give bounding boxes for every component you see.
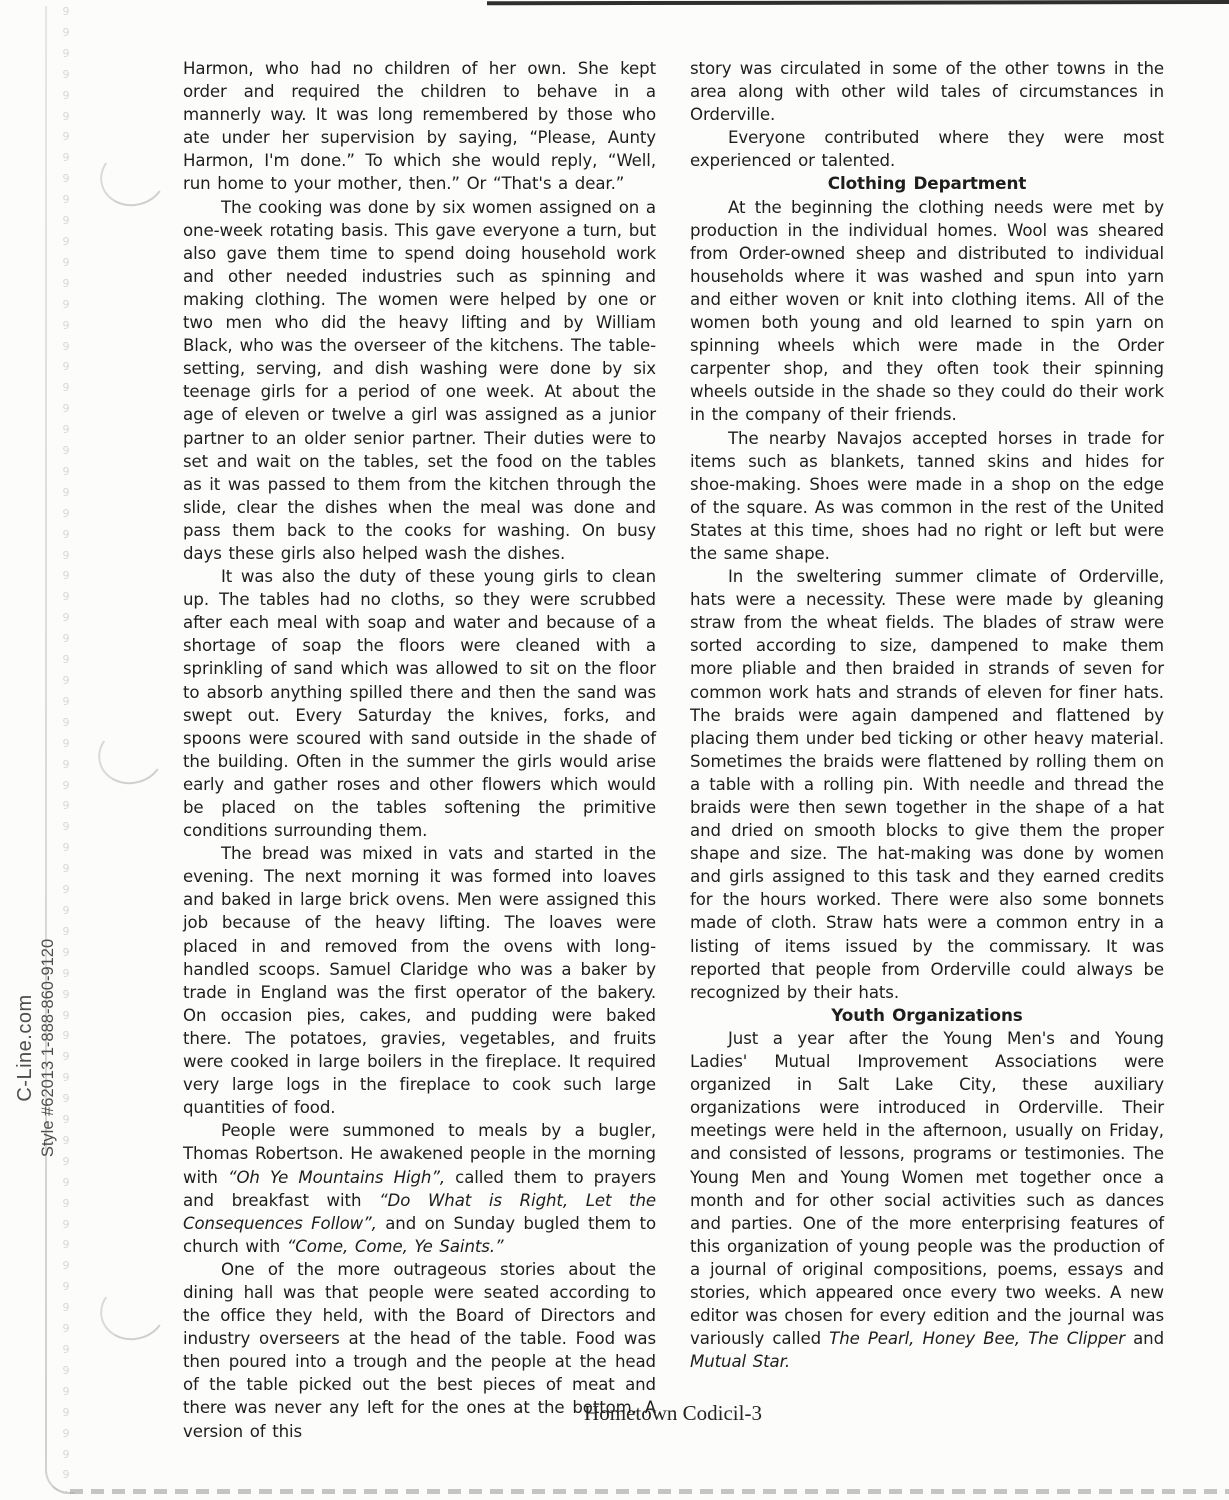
text-run: and: [1125, 1329, 1164, 1348]
sheet-protector-edge-line: [45, 6, 47, 1464]
left-column: Harmon, who had no children of her own. …: [183, 57, 656, 1443]
section-heading-clothing-department: Clothing Department: [690, 172, 1164, 195]
paragraph-navajos: The nearby Navajos accepted horses in tr…: [690, 427, 1164, 566]
cline-brand-text: C-Line.com: [14, 916, 37, 1180]
punch-hole-shadow: [95, 1276, 172, 1346]
right-column: story was circulated in some of the othe…: [690, 57, 1164, 1373]
sheet-protector-label: C-Line.com Style #62013 1-888-860-9120: [14, 916, 58, 1180]
journal-name: Mutual Star.: [690, 1352, 790, 1371]
cline-style-number-text: Style #62013 1-888-860-9120: [39, 916, 58, 1180]
punch-hole-shadow: [93, 720, 170, 790]
paragraph-story-continued: story was circulated in some of the othe…: [690, 57, 1164, 126]
paragraph-cleanup: It was also the duty of these young girl…: [183, 565, 656, 842]
paragraph-youth: Just a year after the Young Men's and Yo…: [690, 1027, 1164, 1373]
scan-artifact-top-edge: [487, 0, 1229, 5]
paragraph-cooking: The cooking was done by six women assign…: [183, 196, 656, 566]
paragraph-clothing: At the beginning the clothing needs were…: [690, 196, 1164, 427]
paragraph-bugler: People were summoned to meals by a bugle…: [183, 1119, 656, 1258]
punch-hole-shadow: [95, 142, 172, 212]
sheet-protector-bottom-seam: [70, 1489, 1229, 1494]
text-run: Just a year after the Young Men's and Yo…: [690, 1029, 1164, 1348]
page-footer: Hometown Codicil-3: [183, 1401, 1163, 1426]
journal-names: The Pearl, Honey Bee, The Clipper: [829, 1329, 1125, 1348]
song-title: “Oh Ye Mountains High”,: [228, 1168, 445, 1187]
scanned-document-page: 9999999999999999999999999999999999999999…: [0, 0, 1229, 1500]
perforation-strip: 9999999999999999999999999999999999999999…: [57, 2, 75, 1494]
paragraph-hats: In the sweltering summer climate of Orde…: [690, 565, 1164, 1004]
paragraph-harmon: Harmon, who had no children of her own. …: [183, 57, 656, 196]
paragraph-everyone: Everyone contributed where they were mos…: [690, 126, 1164, 172]
paragraph-bread: The bread was mixed in vats and started …: [183, 842, 656, 1119]
song-title: “Come, Come, Ye Saints.”: [287, 1237, 504, 1256]
section-heading-youth-organizations: Youth Organizations: [690, 1004, 1164, 1027]
